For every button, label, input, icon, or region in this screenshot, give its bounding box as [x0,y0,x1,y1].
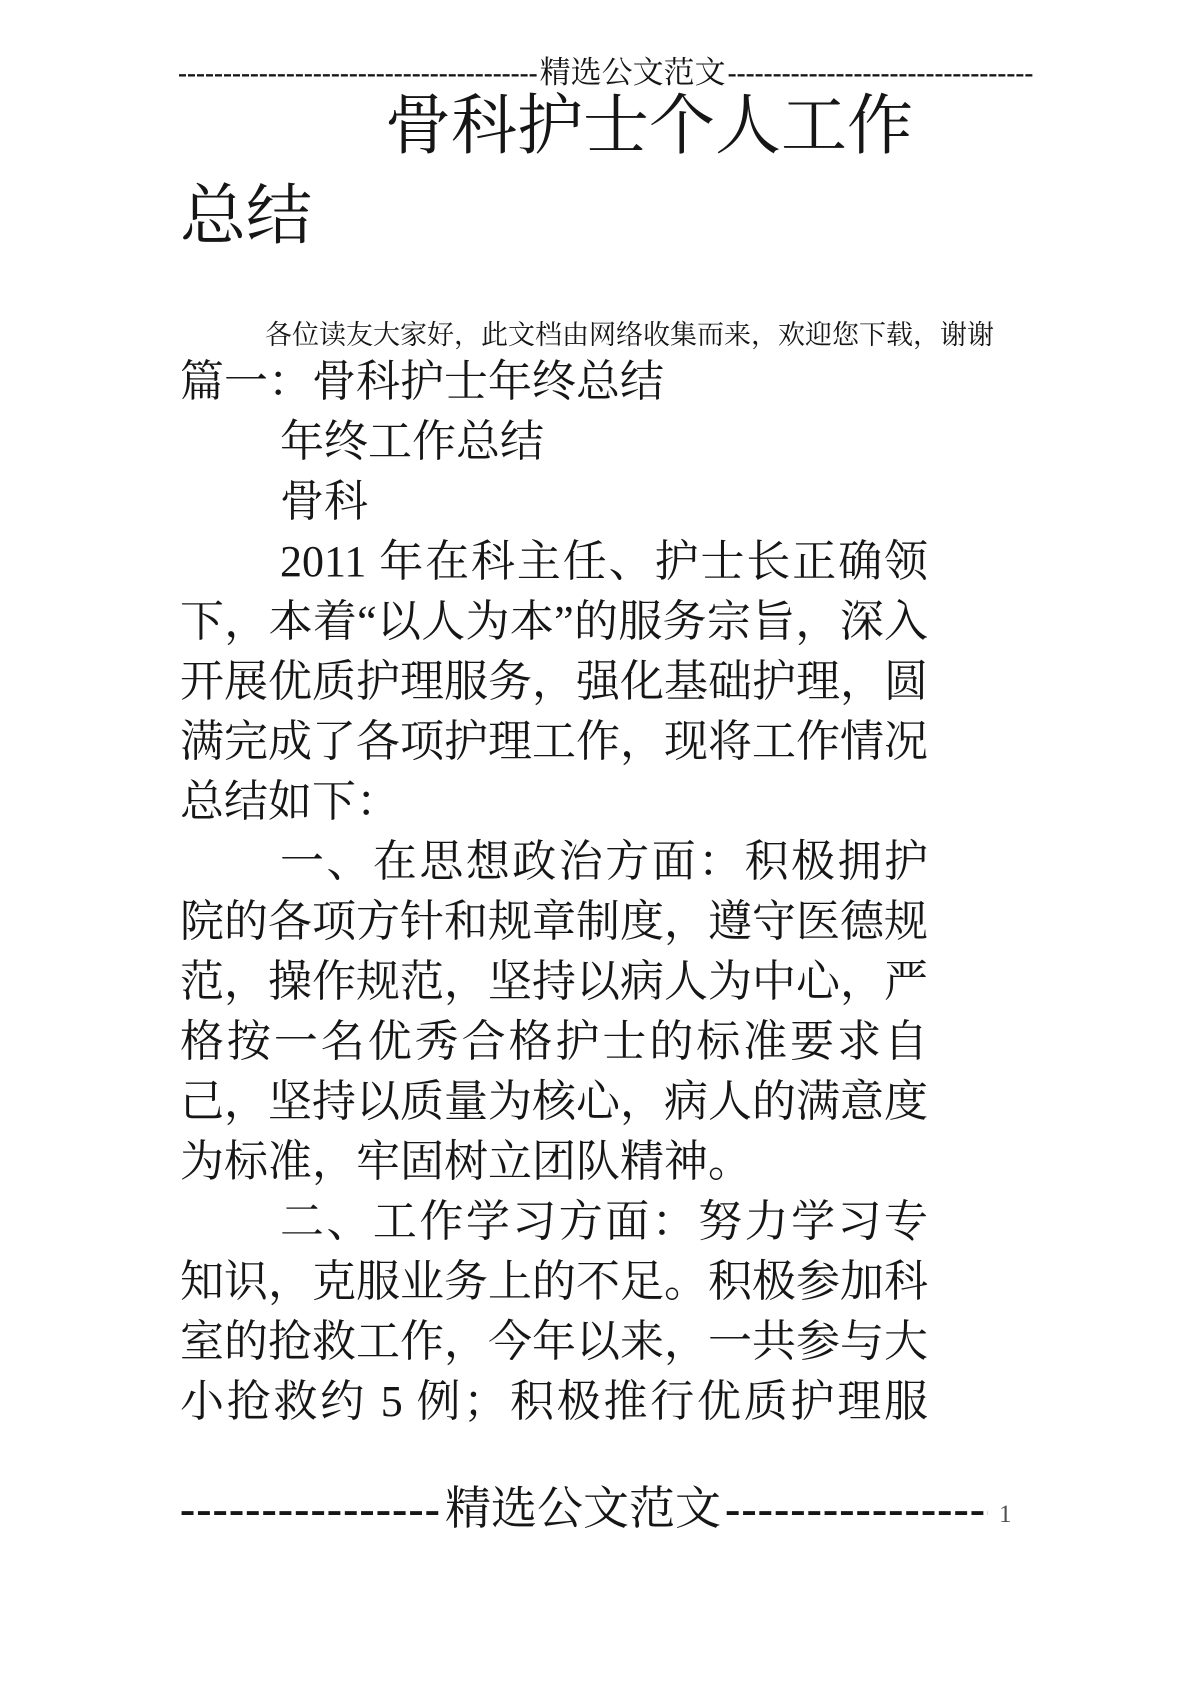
text-line: 院的各项方针和规章制度，遵守医德规 [180,892,928,952]
title-line: 骨科护士个人工作 [180,82,940,172]
text-line: 二、工作学习方面：努力学习专科 [180,1192,928,1252]
text-line: 骨科 [180,472,928,532]
text-line: 开展优质护理服务，强化基础护理，圆 [180,652,928,712]
footer-dashes-left: ----------------- [178,1480,441,1538]
text-line: 2011 年在科主任、护士长正确领导 [180,532,928,592]
text-line: 室的抢救工作，今年以来，一共参与大 [180,1312,928,1372]
text-line: 年终工作总结 [180,412,928,472]
text-line: 篇一：骨科护士年终总结 [180,352,928,412]
text-line: 范，操作规范，坚持以病人为中心，严 [180,952,928,1012]
text-line: 一、在思想政治方面：积极拥护医 [180,832,928,892]
text-line: 总结如下： [180,772,928,832]
footer-label: 精选公文范文 [441,1480,725,1538]
text-line: 小抢救约 5 例；积极推行优质护理服务， [180,1372,928,1432]
text-line: 为标准，牢固树立团队精神。 [180,1132,928,1192]
page-number: 1 [999,1500,1012,1530]
document-title: 骨科护士个人工作总结 [180,82,940,262]
body-text: 篇一：骨科护士年终总结年终工作总结骨科2011 年在科主任、护士长正确领导下，本… [180,352,928,1432]
title-line: 总结 [180,172,940,262]
text-line: 下，本着“以人为本”的服务宗旨，深入 [180,592,928,652]
text-line: 己，坚持以质量为核心，病人的满意度 [180,1072,928,1132]
footer-dashes-right: ----------------- [725,1480,988,1538]
text-line: 知识，克服业务上的不足。积极参加科 [180,1252,928,1312]
page-footer: ----------------- 精选公文范文 ---------------… [178,1480,988,1538]
document-page: ----------------------------------------… [0,0,1190,1683]
text-line: 满完成了各项护理工作，现将工作情况 [180,712,928,772]
text-line: 格按一名优秀合格护士的标准要求自 [180,1012,928,1072]
